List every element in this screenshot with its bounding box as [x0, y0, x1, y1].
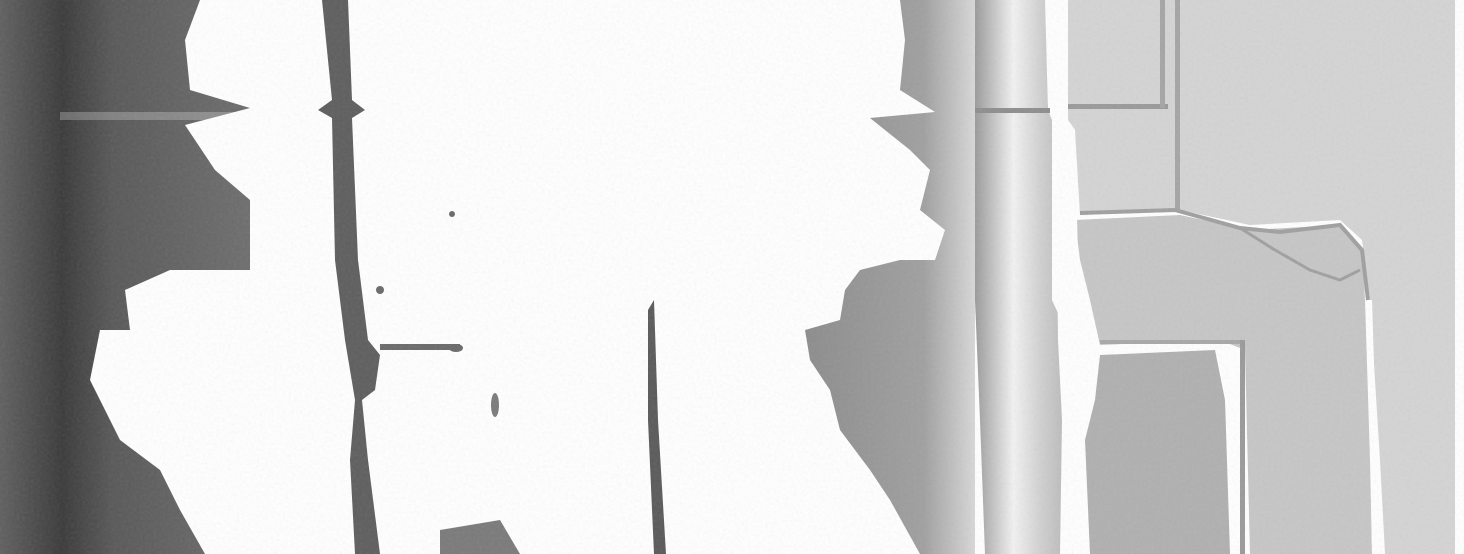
texture-overlay	[0, 0, 1464, 554]
depth-image-drawing	[0, 0, 1464, 554]
depth-image	[0, 0, 1464, 554]
